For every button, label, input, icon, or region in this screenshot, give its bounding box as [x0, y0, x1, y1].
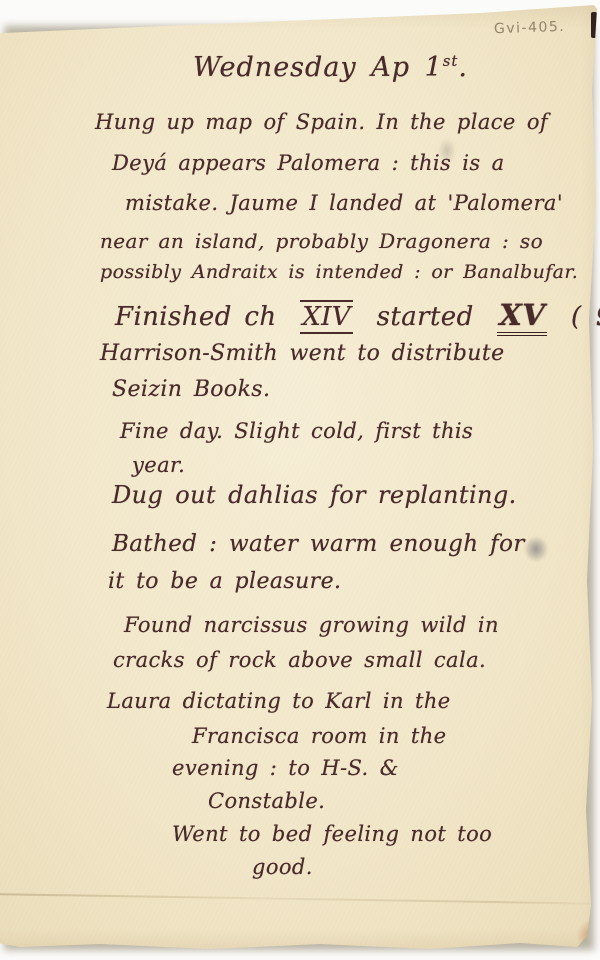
- manuscript-line: year.: [132, 453, 185, 477]
- page-count-paren: (: [571, 302, 582, 332]
- ink-smudge: [524, 536, 548, 562]
- handwriting-layer: Gvi-405. Wednesday Ap 1st. Hung up map o…: [0, 0, 600, 960]
- manuscript-line: Francisca room in the: [192, 724, 447, 748]
- manuscript-line: Bathed : water warm enough for: [112, 531, 525, 557]
- manuscript-line: Hung up map of Spain. In the place of: [95, 110, 548, 134]
- archival-code: Gvi-405.: [494, 19, 566, 37]
- page-count-value: 9: [596, 302, 600, 332]
- chapter-word: started: [377, 302, 474, 332]
- manuscript-line: Harrison-Smith went to distribute: [100, 341, 505, 366]
- manuscript-line: Laura dictating to Karl in the: [107, 689, 451, 713]
- chapter-numeral-xiv: XIV: [300, 300, 353, 334]
- manuscript-line: Went to bed feeling not too: [172, 822, 492, 846]
- chapter-progress-line: Finished ch XIV started XV ( 9 pp): [115, 298, 600, 332]
- chapter-numeral-xv: XV: [497, 298, 547, 336]
- manuscript-line: it to be a pleasure.: [108, 569, 341, 594]
- manuscript-line: mistake. Jaume I landed at 'Palomera': [125, 191, 563, 215]
- manuscript-line: cracks of rock above small cala.: [113, 648, 486, 672]
- manuscript-line: Fine day. Slight cold, first this: [120, 419, 473, 443]
- scan-background: Gvi-405. Wednesday Ap 1st. Hung up map o…: [0, 0, 600, 960]
- entry-date-main: Wednesday Ap 1: [193, 52, 443, 83]
- manuscript-line: good.: [252, 855, 313, 879]
- manuscript-line: evening : to H-S. &: [172, 756, 399, 780]
- manuscript-line: Seizin Books.: [112, 377, 270, 402]
- manuscript-line: Constable.: [208, 789, 325, 813]
- entry-date-ordinal: st: [443, 52, 459, 70]
- manuscript-line: near an island, probably Dragonera : so: [100, 229, 543, 253]
- manuscript-line: possibly Andraitx is intended : or Banal…: [100, 261, 578, 283]
- ink-smudge-faint: [438, 138, 456, 164]
- manuscript-line: Found narcissus growing wild in: [124, 613, 499, 637]
- entry-date-heading: Wednesday Ap 1st.: [193, 52, 468, 83]
- manuscript-line: Dug out dahlias for replanting.: [112, 481, 517, 509]
- entry-date-period: .: [458, 52, 468, 83]
- chapter-word: Finished ch: [115, 302, 277, 332]
